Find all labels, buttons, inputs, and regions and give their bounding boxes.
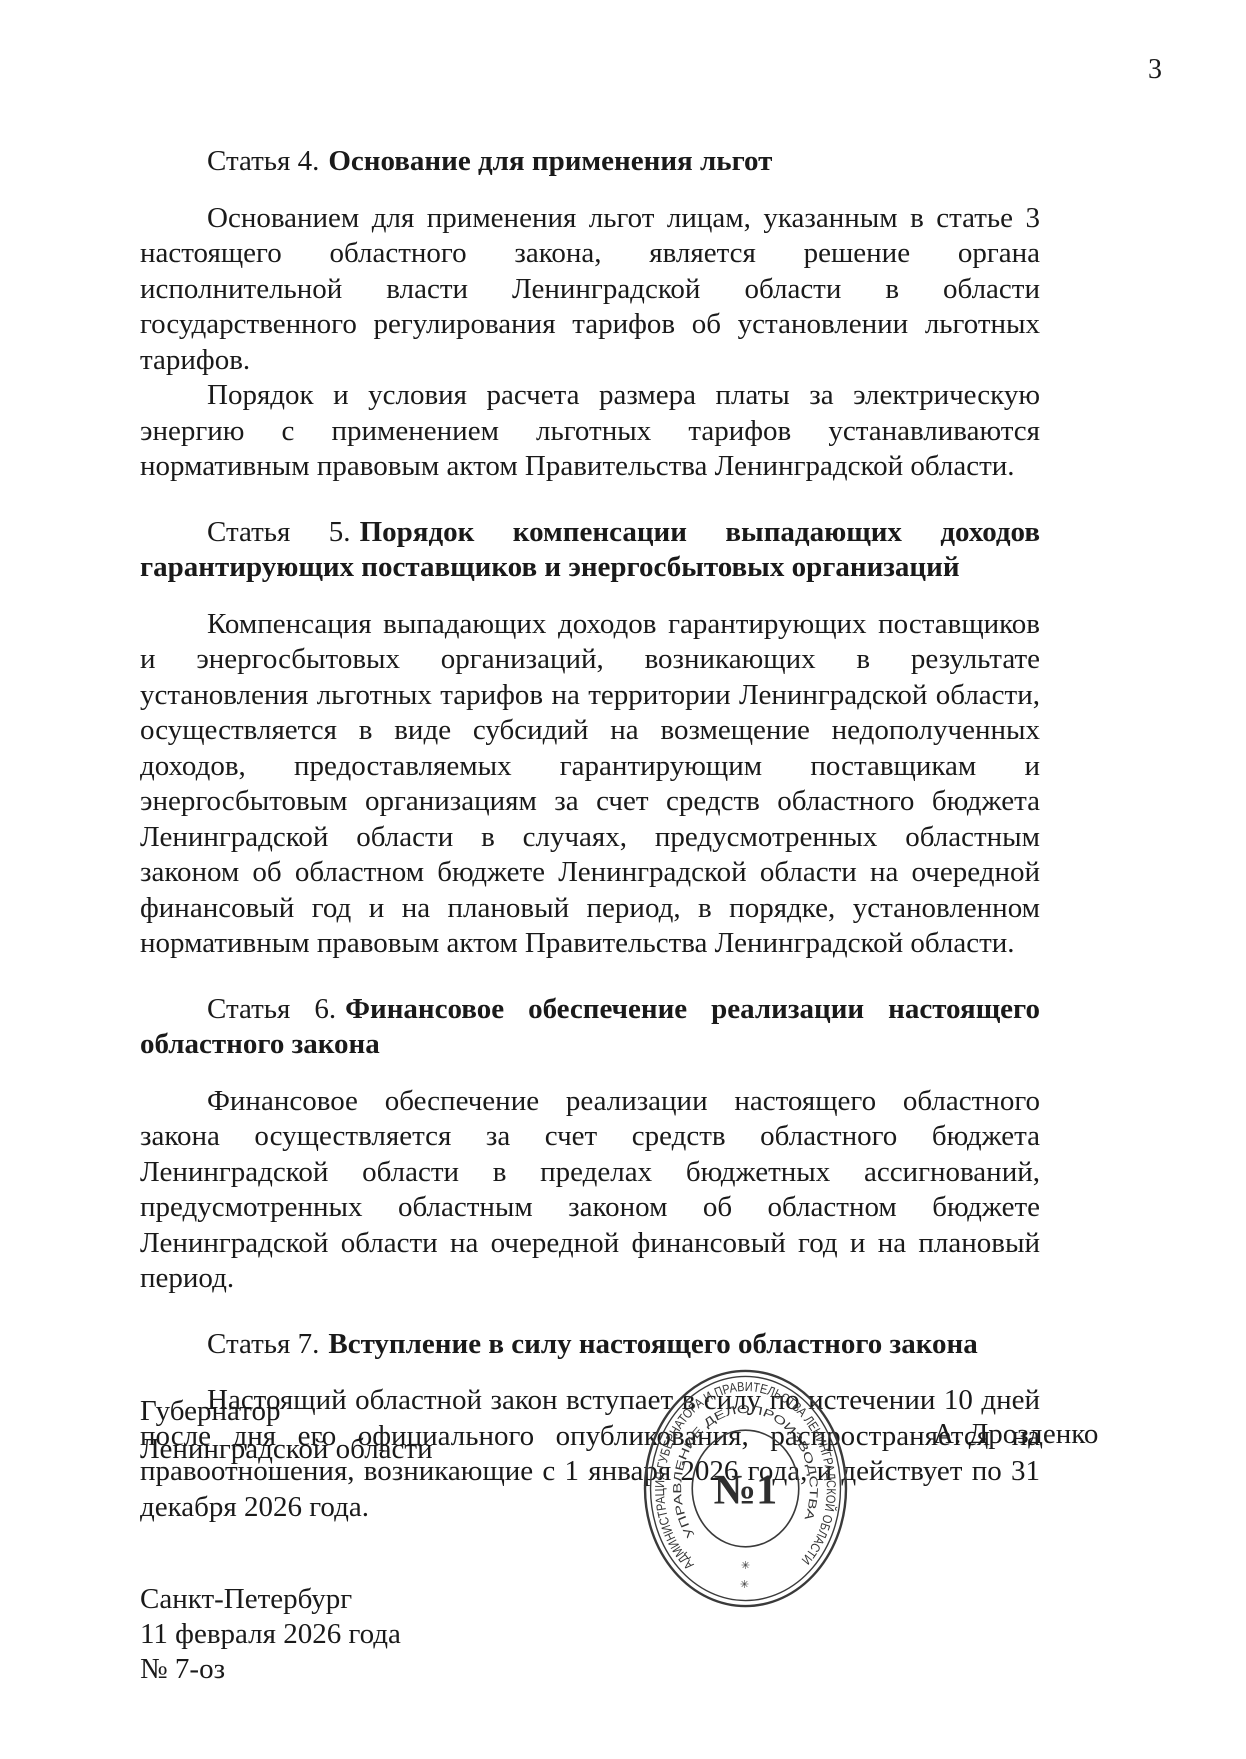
footer-city: Санкт-Петербург bbox=[140, 1582, 401, 1617]
article-6-label: Статья 6. bbox=[207, 993, 336, 1025]
signature-position-line2: Ленинградской области bbox=[140, 1430, 433, 1468]
footer-date: 11 февраля 2026 года bbox=[140, 1617, 401, 1652]
article-6-heading: Статья 6.Финансовое обеспечение реализац… bbox=[140, 992, 1040, 1063]
signature-position: Губернатор Ленинградской области bbox=[140, 1392, 433, 1468]
article-4-paragraph-1: Основанием для применения льгот лицам, у… bbox=[140, 201, 1040, 379]
stamp-seal-graphic: АДМИНИСТРАЦИЯ ГУБЕРНАТОРА И ПРАВИТЕЛЬСТВ… bbox=[641, 1366, 850, 1611]
signature-name: А. Дрозденко bbox=[933, 1417, 1098, 1451]
stamp-separator-star-top: ✳ bbox=[741, 1560, 750, 1572]
document-body: Статья 4.Основание для применения льгот … bbox=[140, 144, 1040, 1525]
article-4-label: Статья 4. bbox=[207, 145, 319, 177]
article-5-heading: Статья 5.Порядок компенсации выпадающих … bbox=[140, 515, 1040, 586]
signature-position-line1: Губернатор bbox=[140, 1392, 433, 1430]
article-7-title: Вступление в силу настоящего областного … bbox=[328, 1328, 977, 1360]
stamp-center-number: №1 bbox=[714, 1467, 778, 1514]
page-number: 3 bbox=[1148, 54, 1162, 86]
article-6-paragraph-1: Финансовое обеспечение реализации настоя… bbox=[140, 1084, 1040, 1297]
article-4-paragraph-2: Порядок и условия расчета размера платы … bbox=[140, 378, 1040, 485]
stamp-separator-star-bottom: ✳ bbox=[740, 1579, 749, 1591]
article-7-heading: Статья 7.Вступление в силу настоящего об… bbox=[140, 1327, 1040, 1363]
article-4-title: Основание для применения льгот bbox=[328, 145, 772, 177]
document-footer: Санкт-Петербург 11 февраля 2026 года № 7… bbox=[140, 1582, 401, 1687]
article-5-paragraph-1: Компенсация выпадающих доходов гарантиру… bbox=[140, 607, 1040, 962]
document-page: 3 Статья 4.Основание для применения льго… bbox=[0, 0, 1246, 1759]
article-4-heading: Статья 4.Основание для применения льгот bbox=[140, 144, 1040, 180]
article-5-label: Статья 5. bbox=[207, 516, 351, 548]
article-7-label: Статья 7. bbox=[207, 1328, 319, 1360]
official-stamp: АДМИНИСТРАЦИЯ ГУБЕРНАТОРА И ПРАВИТЕЛЬСТВ… bbox=[641, 1366, 850, 1611]
footer-doc-number: № 7-оз bbox=[140, 1652, 401, 1687]
